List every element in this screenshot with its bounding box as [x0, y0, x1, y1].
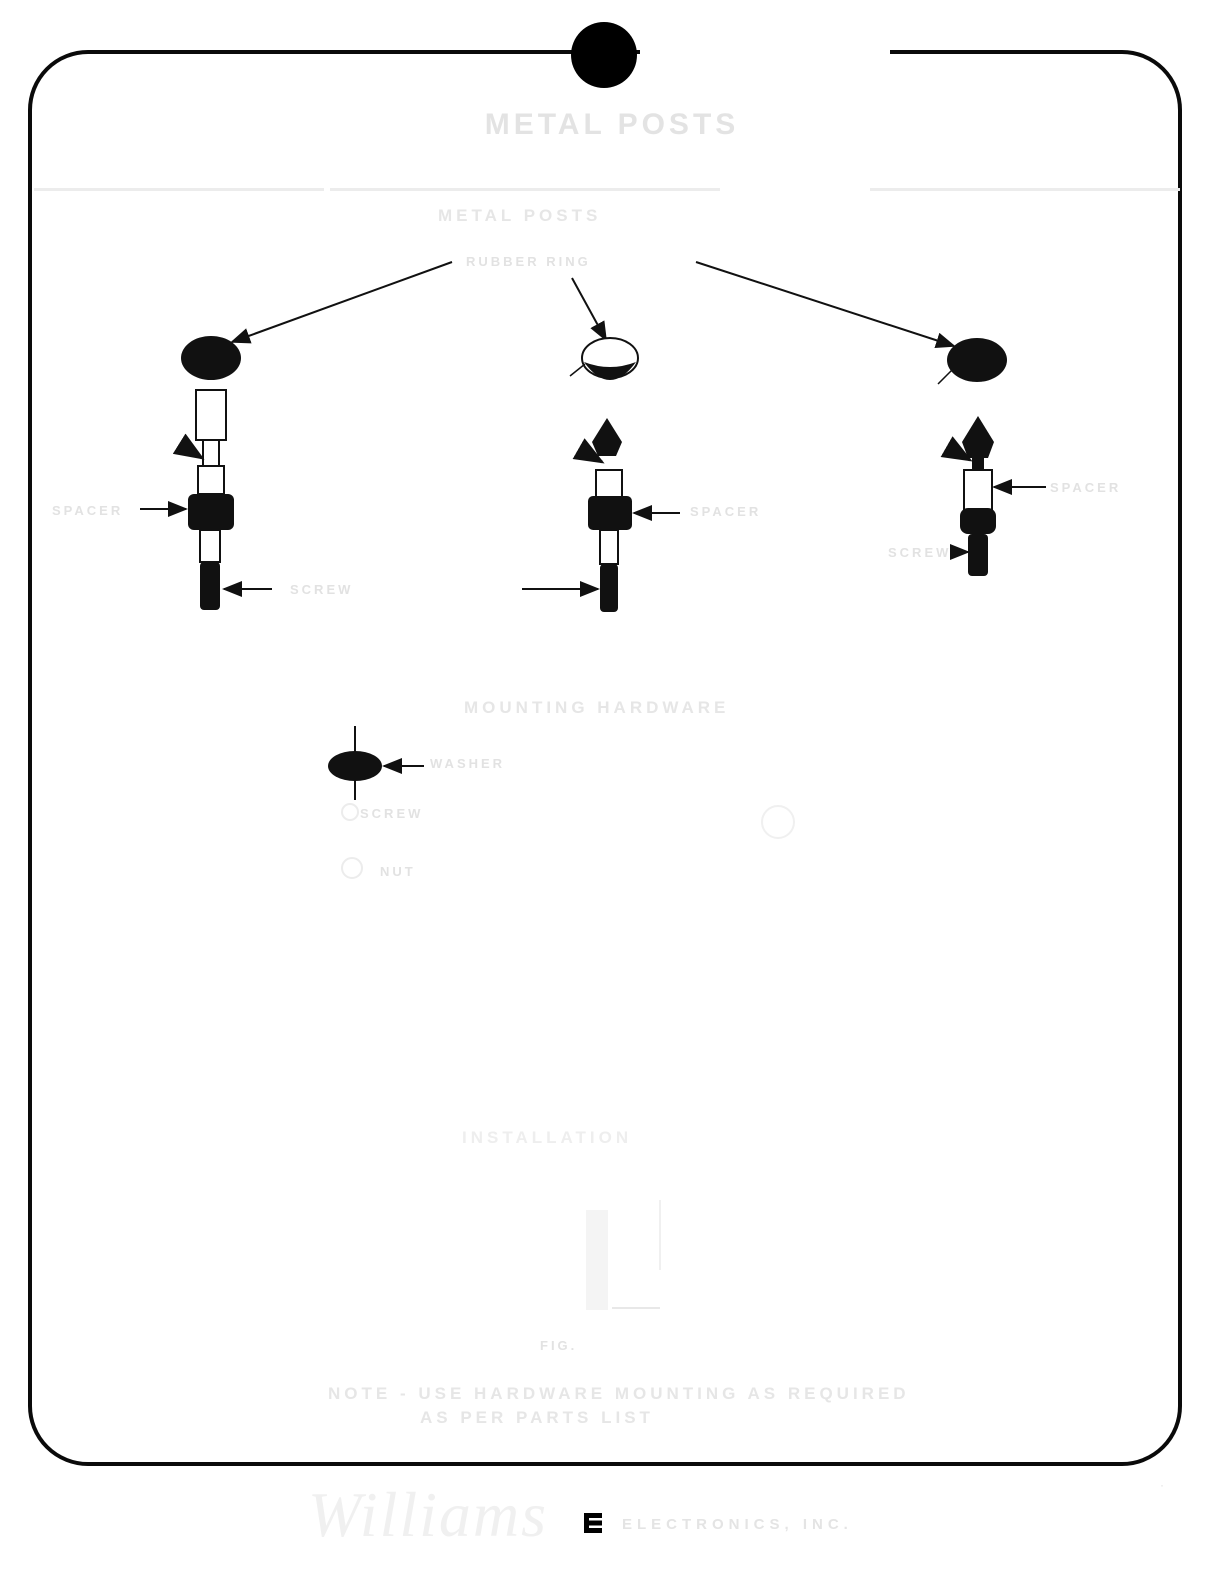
page-number-mark: ·	[1160, 1478, 1164, 1492]
company-name: ELECTRONICS, INC.	[622, 1516, 853, 1533]
parts-illustration	[0, 0, 1224, 1584]
electronics-e-mark-icon	[584, 1513, 604, 1533]
williams-logo: Williams	[308, 1478, 548, 1552]
